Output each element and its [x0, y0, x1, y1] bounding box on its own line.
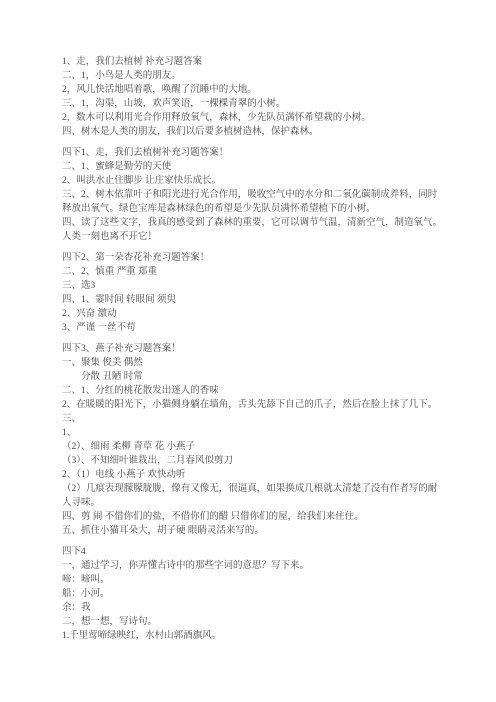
text-line: 四下4 [62, 545, 444, 559]
answer-section-sixia3-yanzi: 四下3、燕子补充习题答案！一、聚集 俊美 偶然 分散 丑陋 时常二、1、分红的桃… [62, 342, 444, 538]
answer-section-sixia1-zou-women-qu-zhishu: 四下1、走，我们去植树补充习题答案！二、1、蜜蜂是勤劳的天使2、叫洪水止住脚步 … [62, 146, 444, 244]
text-line: 三、1，沟渠，山坡，欢声笑语，一棵棵青翠的小树。 [62, 97, 444, 111]
text-line: 2，数木可以利用光合作用释放氧气，森林，少先队员满怀希望栽的小树。 [62, 111, 444, 125]
text-line: 2、叫洪水止住脚步 让庄家快乐成长。 [62, 174, 444, 188]
text-line: （2）几痕表现朦朦胧胧，像有又像无，很逼真，如果换成几根就太清楚了没有作者写的耐… [62, 482, 444, 510]
text-line: 四下3、燕子补充习题答案！ [62, 342, 444, 356]
text-line: （2）、细雨 柔柳 青草 花 小燕子 [62, 440, 444, 454]
text-line: 二、2、慎重 严重 郑重 [62, 265, 444, 279]
text-line: 余：我 [62, 601, 444, 615]
text-line: 三、选3 [62, 279, 444, 293]
document-sections: 1、走，我们去植树 补充习题答案二、1，小鸟是人类的朋友。2，风儿快活地唱着歌，… [62, 55, 444, 643]
text-line: 三、 [62, 412, 444, 426]
answers-document-page: 1、走，我们去植树 补充习题答案二、1，小鸟是人类的朋友。2，风儿快活地唱着歌，… [0, 0, 496, 702]
text-line: 一、聚集 俊美 偶然 [62, 356, 444, 370]
text-line: 1.千里莺啼绿映红，水村山郭酒旗风。 [62, 629, 444, 643]
text-line: 四下1、走，我们去植树补充习题答案！ [62, 146, 444, 160]
answer-section-sixia4-gushi: 四下4一，通过学习，你弄懂古诗中的那些字词的意思？写下来。啼：啼叫。船：小河。余… [62, 545, 444, 643]
text-line: 3、严谨 一丝不苟 [62, 321, 444, 335]
text-line: 啼：啼叫。 [62, 573, 444, 587]
text-line: 2，风儿快活地唱着歌，唤醒了沉睡中的大地。 [62, 83, 444, 97]
text-line: 四、剪 闹 不借你们的盐，不借你们的醋 只借你们的屋，给我们来住住。 [62, 510, 444, 524]
text-line: 三、2、树木依靠叶子和阳光进行光合作用，吸收空气中的水分和二氧化碳制成养料，同时… [62, 188, 444, 216]
text-line: 2、兴奋 激动 [62, 307, 444, 321]
text-line: 四、读了这些文字，我真的感受到了森林的重要，它可以调节气温，清新空气，制造氧气。… [62, 216, 444, 244]
text-line: （3）、不知细叶谁栽出，二月春风似剪刀 [62, 454, 444, 468]
text-line: 二、1、分红的桃花散发出迷人的香味 [62, 384, 444, 398]
text-line: 五、抓住小猫耳朵大，胡子硬 眼睛灵活来写的。 [62, 524, 444, 538]
text-line: 2、在暖暖的阳光下，小猫侧身躺在墙角，舌头先舔下自己的爪子，然后在脸上抹了几下。 [62, 398, 444, 412]
text-line: 二、1、蜜蜂是勤劳的天使 [62, 160, 444, 174]
text-line: 二、1，小鸟是人类的朋友。 [62, 69, 444, 83]
text-line: 一，通过学习，你弄懂古诗中的那些字词的意思？写下来。 [62, 559, 444, 573]
text-line: 四、1、霎时间 转眼间 须臾 [62, 293, 444, 307]
text-line: 2、（1）电线 小燕子 欢快动听 [62, 468, 444, 482]
text-line: 1、 [62, 426, 444, 440]
answer-section-sixia2-diyiduo-xinghua: 四下2、第一朵杏花补充习题答案！二、2、慎重 严重 郑重三、选3四、1、霎时间 … [62, 251, 444, 335]
text-line: 四、树木是人类的朋友，我们以后要多植树造林，保护森林。 [62, 125, 444, 139]
text-line: 四下2、第一朵杏花补充习题答案！ [62, 251, 444, 265]
text-line: 分散 丑陋 时常 [62, 370, 444, 384]
text-line: 船：小河。 [62, 587, 444, 601]
text-line: 1、走，我们去植树 补充习题答案 [62, 55, 444, 69]
answer-section-lesson1-zou-women-qu-zhishu: 1、走，我们去植树 补充习题答案二、1，小鸟是人类的朋友。2，风儿快活地唱着歌，… [62, 55, 444, 139]
text-line: 二，想一想，写诗句。 [62, 615, 444, 629]
